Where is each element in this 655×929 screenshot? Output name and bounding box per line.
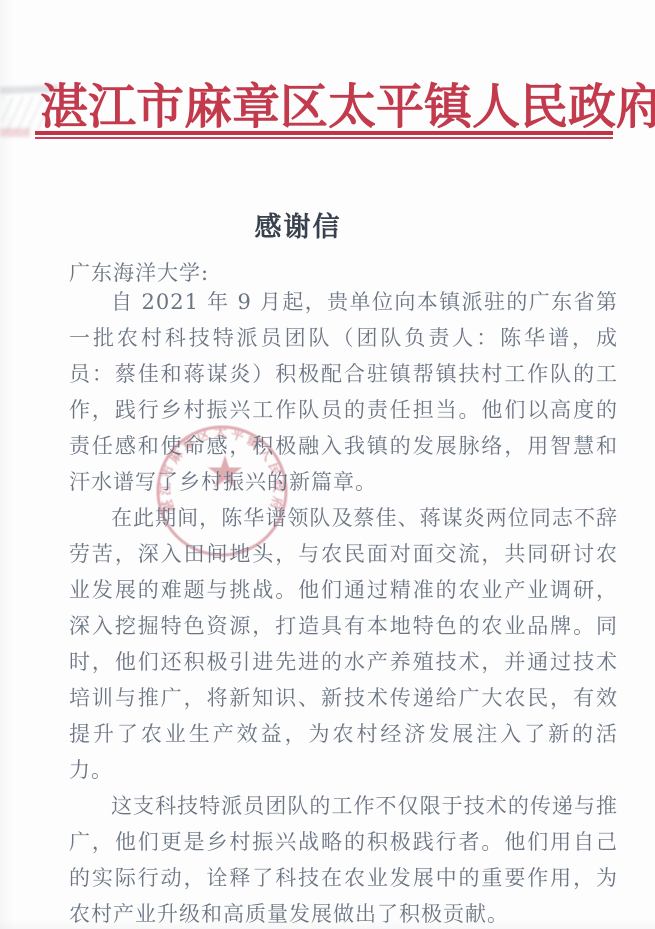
rule-thin-line [35, 137, 613, 139]
letterhead-double-rule [35, 131, 613, 139]
paragraph-3: 这支科技特派员团队的工作不仅限于技术的传递与推广，他们更是乡村振兴战略的积极践行… [69, 788, 618, 929]
scanned-letter-page: 湛江市麻章区太平镇人民政府 湛江市麻章区太平镇人民政府 感谢信 广东海洋大学: … [0, 0, 655, 929]
scan-artifact [0, 128, 30, 137]
letter-body: 自 2021 年 9 月起，贵单位向本镇派驻的广东省第一批农村科技特派员团队（团… [69, 284, 618, 929]
letter-title: 感谢信 [0, 205, 596, 244]
paragraph-2: 在此期间，陈华谱领队及蔡佳、蒋谋炎两位同志不辞劳苦，深入田间地头，与农民面对面交… [69, 500, 618, 788]
rule-thick-line [35, 131, 613, 135]
letterhead-org-name: 湛江市麻章区太平镇人民政府 [40, 68, 620, 137]
salutation: 广东海洋大学: [69, 257, 209, 287]
paragraph-1: 自 2021 年 9 月起，贵单位向本镇派驻的广东省第一批农村科技特派员团队（团… [69, 284, 618, 500]
